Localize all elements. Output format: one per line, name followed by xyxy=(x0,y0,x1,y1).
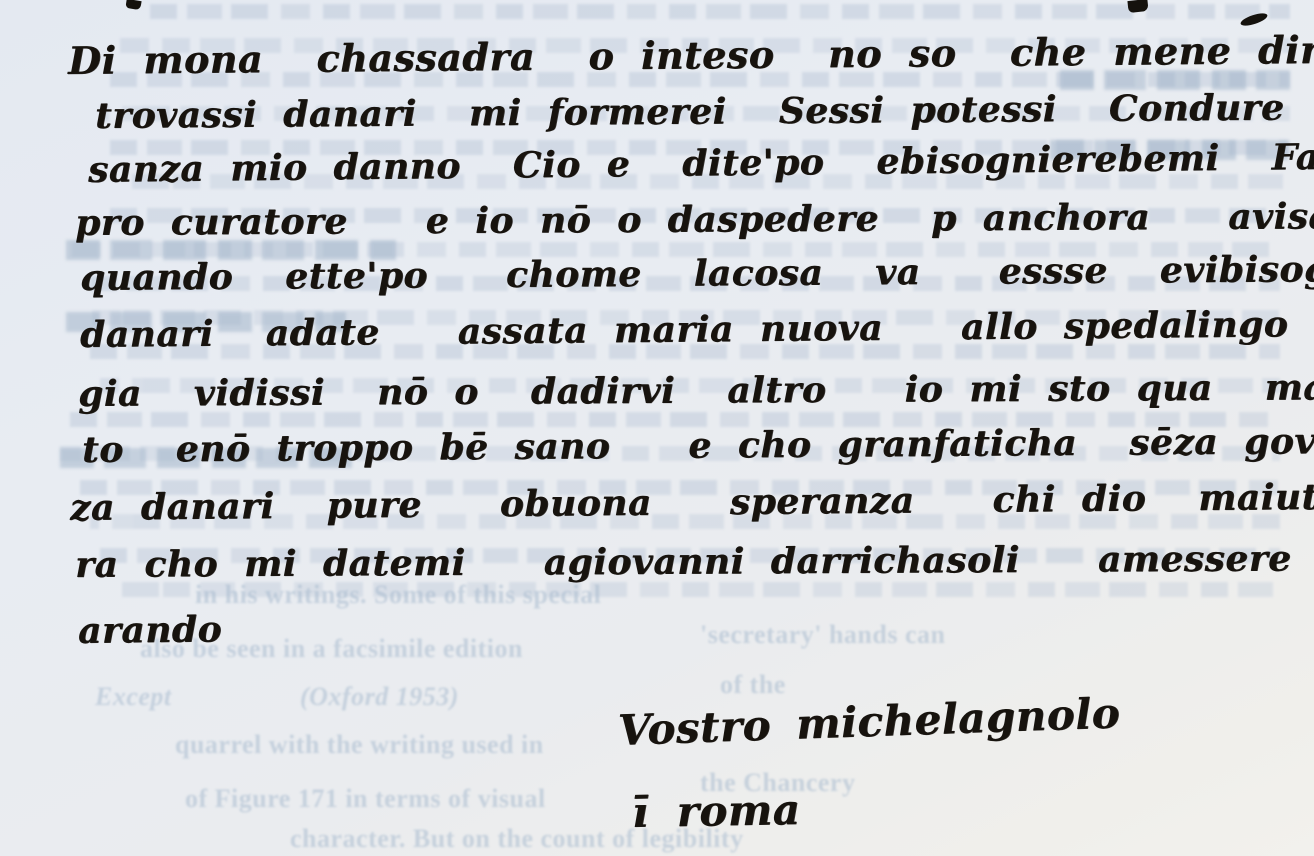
handwriting-line: pro curatore e io nō o daspedere p anch… xyxy=(75,195,1314,244)
handwriting-line: trovassi danari mi formerei Sessi potess… xyxy=(95,85,1314,137)
cropped-ink-mark xyxy=(125,0,141,10)
handwriting-line: ra cho mi datemi agiovanni darrichasoli … xyxy=(75,536,1314,586)
handwriting-line: arando xyxy=(78,608,222,652)
signature-line: Vostro michelagnolo xyxy=(617,688,1121,755)
handwriting-line: quando ette'po chome lacosa va essse evi… xyxy=(80,248,1314,299)
handwriting-line: to enō troppo bē sano e cho granfatich… xyxy=(82,419,1314,471)
signature-place-line: ī roma xyxy=(632,785,801,837)
handwriting-layer: Di mona chassadra o inteso no so che men… xyxy=(0,0,1314,856)
handwriting-line: gia vidissi nō o dadirvi altro io mi st… xyxy=(78,366,1314,415)
handwriting-line: za danari pure obuona speranza chi dio m… xyxy=(70,476,1314,529)
manuscript-page: in his writings. Some of this special 's… xyxy=(0,0,1314,856)
cropped-ink-mark xyxy=(1127,0,1148,13)
handwriting-line: Di mona chassadra o inteso no so che men… xyxy=(68,25,1314,83)
handwriting-line: danari adate assata maria nuova allo spe… xyxy=(80,302,1314,356)
handwriting-line: sanza mio danno Cio e dite'po ebisognier… xyxy=(88,135,1314,191)
cropped-ink-mark xyxy=(1239,11,1268,28)
